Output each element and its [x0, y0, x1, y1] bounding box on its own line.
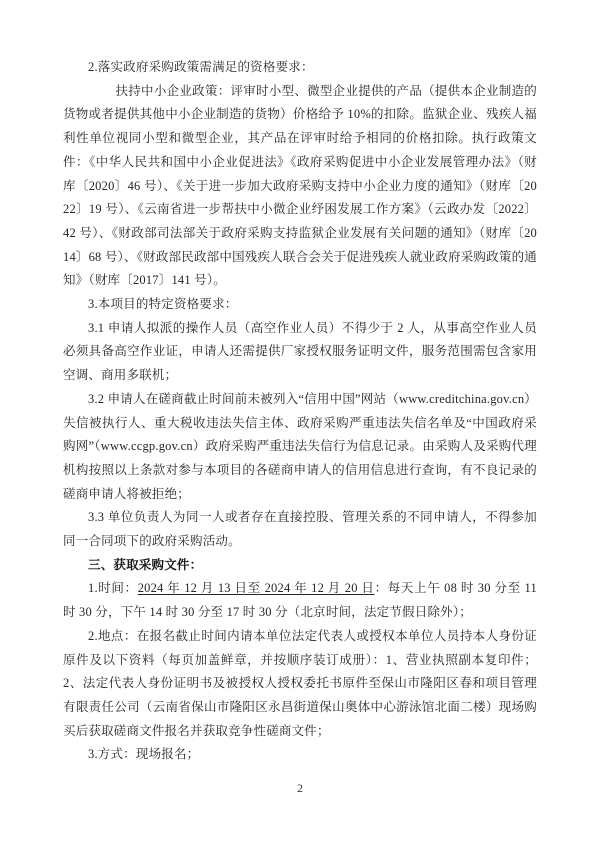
paragraph-policy-requirements-heading: 2.落实政府采购政策需满足的资格要求：: [63, 56, 537, 80]
paragraph-specific-qualifications-heading: 3.本项目的特定资格要求：: [63, 293, 537, 317]
obtain-time-period-underlined: 2024 年 12 月 13 日至 2024 年 12 月 20 日: [138, 581, 375, 595]
paragraph-obtain-method: 3.方式：现场报名；: [63, 743, 537, 767]
paragraph-sme-support-policy: 扶持中小企业政策：评审时小型、微型企业提供的产品（提供本企业制造的货物或者提供其…: [63, 80, 537, 293]
section-heading-obtain-procurement-documents: 三、获取采购文件：: [63, 554, 537, 578]
paragraph-obtain-location: 2.地点：在报名截止时间内请本单位法定代表人或授权本单位人员持本人身份证原件及以…: [63, 625, 537, 744]
paragraph-requirement-3-3: 3.3 单位负责人为同一人或者存在直接控股、管理关系的不同申请人，不得参加同一合…: [63, 506, 537, 553]
paragraph-obtain-time: 1.时间：2024 年 12 月 13 日至 2024 年 12 月 20 日：…: [63, 577, 537, 624]
document-page: 2.落实政府采购政策需满足的资格要求： 扶持中小企业政策：评审时小型、微型企业提…: [0, 0, 600, 849]
obtain-time-label: 1.时间：: [88, 581, 138, 595]
paragraph-requirement-3-1: 3.1 申请人拟派的操作人员（高空作业人员）不得少于 2 人，从事高空作业人员必…: [63, 317, 537, 388]
paragraph-requirement-3-2: 3.2 申请人在磋商截止时间前未被列入“信用中国”网站（www.creditch…: [63, 388, 537, 507]
page-number: 2: [0, 783, 600, 795]
